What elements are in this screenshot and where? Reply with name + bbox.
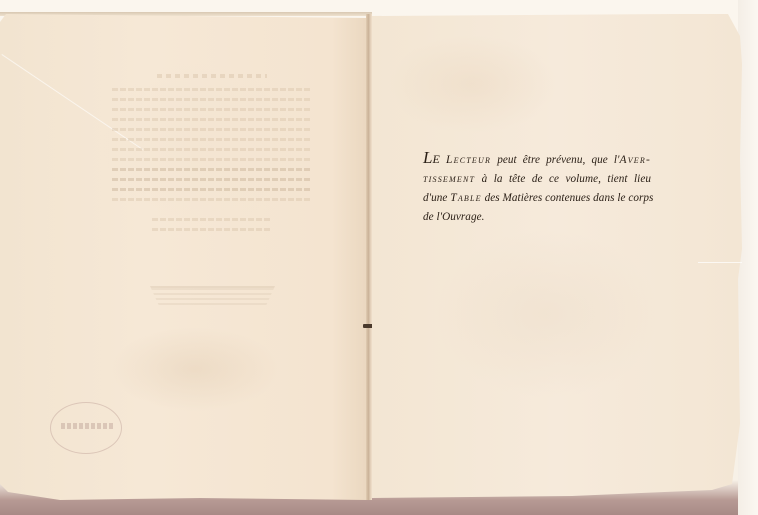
- show-through-line: [112, 158, 312, 161]
- notice-line-4: de l'Ouvrage.: [423, 208, 651, 227]
- show-through-line: [112, 88, 312, 91]
- show-through-line: [112, 98, 312, 101]
- left-page: [0, 14, 368, 500]
- book-spread: Le Lecteur peut être prévenu, que l'Aver…: [0, 0, 758, 515]
- paper-tear: [698, 262, 742, 263]
- notice-line-3: d'une Table des Matières contenues dans …: [423, 189, 651, 208]
- show-through-line: [152, 228, 272, 231]
- notice-lead-word: Le: [423, 148, 440, 167]
- notice-line-2: tissement à la tête de ce volume, tient …: [423, 170, 651, 189]
- show-through-line: [112, 188, 312, 191]
- notice-line-1: Le Lecteur peut être prévenu, que l'Aver…: [423, 148, 651, 170]
- sewing-thread: [363, 324, 373, 328]
- library-stamp-text: [61, 423, 113, 429]
- notice-lead-rest: Lecteur: [446, 154, 491, 166]
- library-stamp: [50, 402, 122, 454]
- show-through-line: [112, 168, 312, 171]
- show-through-line: [112, 148, 312, 151]
- show-through-line: [112, 138, 312, 141]
- show-through-line: [152, 218, 272, 221]
- right-page: [372, 14, 742, 498]
- book-gutter: [366, 14, 372, 500]
- show-through-text: [112, 74, 312, 238]
- show-through-line: [112, 108, 312, 111]
- show-through-line: [112, 198, 312, 201]
- show-through-line: [112, 118, 312, 121]
- show-through-line: [112, 178, 312, 181]
- show-through-heading: [157, 74, 267, 78]
- show-through-line: [112, 128, 312, 131]
- reader-notice: Le Lecteur peut être prévenu, que l'Aver…: [423, 148, 651, 227]
- show-through-ornament: [150, 286, 275, 308]
